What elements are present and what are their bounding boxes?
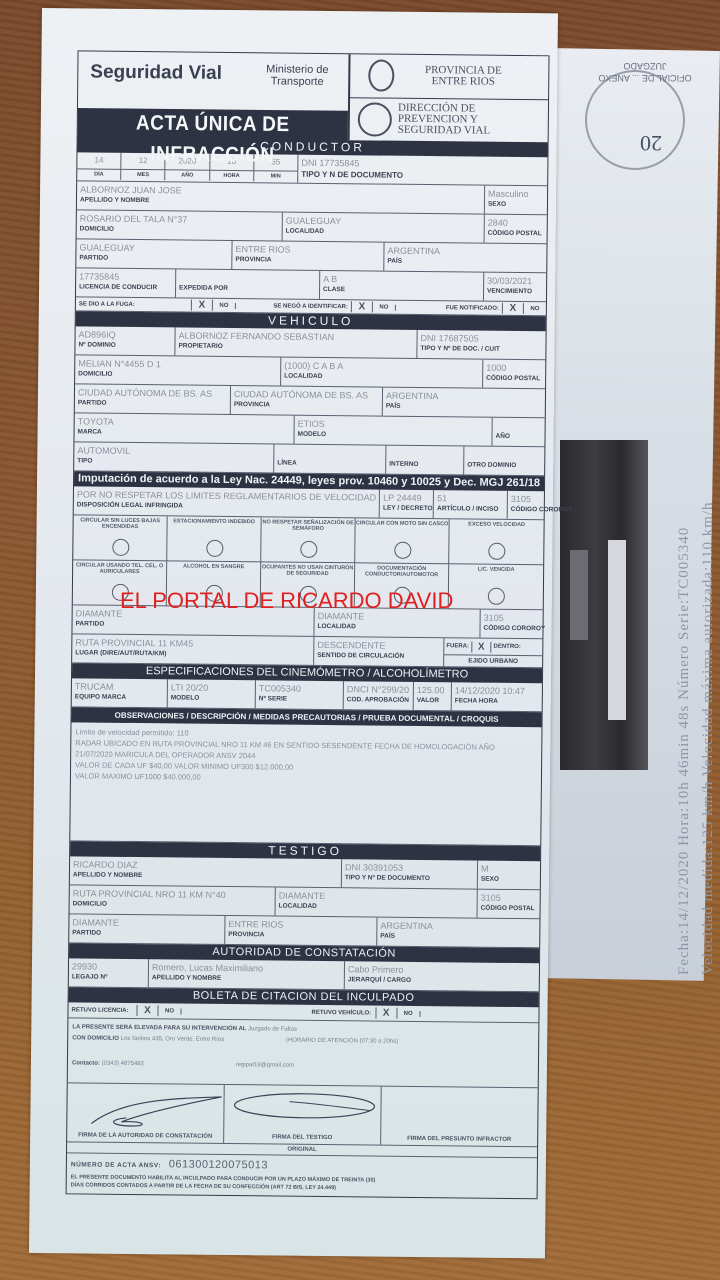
- court-name: Juzgado de Faltas: [248, 1026, 297, 1033]
- conductor-class-field: A B CLASE: [320, 271, 484, 301]
- infraction-option[interactable]: LIC. VENCIDA: [449, 564, 543, 610]
- witness-name-field: RICARDO DIAZ APELLIDO Y NOMBRE: [70, 856, 342, 887]
- witness-sex-field: M SEXO: [478, 861, 540, 890]
- infraction-option[interactable]: EXCESO VELOCIDAD: [449, 519, 543, 565]
- seguridad-vial-logo: Seguridad Vial Ministerio de Transporte …: [78, 51, 351, 140]
- fuga-checkbox[interactable]: X: [191, 300, 213, 311]
- device-model-field: LTI 20/20 MODELO: [168, 679, 256, 708]
- conductor-expedida-field: EXPEDIDA POR: [176, 269, 320, 299]
- conductor-expiry-field: 30/03/2021 VENCIMIENTO: [484, 273, 546, 302]
- radar-capture-line-2: Velocidad medida:125 km/h Velocidad máxi…: [700, 501, 717, 975]
- conductor-locality-field: GUALEGUAY LOCALIDAD: [283, 213, 485, 243]
- conductor-document-field: DNI 17735845 TIPO Y N DE DOCUMENTO: [298, 155, 547, 186]
- conductor-partido-field: GUALEGUAY PARTIDO: [76, 239, 232, 269]
- signatures-row: FIRMA DE LA AUTORIDAD DE CONSTATACIÓN FI…: [67, 1083, 538, 1147]
- place-location-field: RUTA PROVINCIAL 11 KM45 LUGAR (DIRE/AUT/…: [72, 634, 314, 665]
- radio-circle-icon[interactable]: [488, 543, 505, 560]
- device-serial-field: TC005340 Nº SERIE: [256, 680, 344, 709]
- notificado-checkbox[interactable]: X: [502, 303, 524, 314]
- vehicle-country-field: ARGENTINA PAÍS: [383, 388, 545, 418]
- witness-province-field: ENTRE RIOS PROVINCIA: [225, 916, 377, 946]
- province-crest-icon: [368, 60, 394, 92]
- officer-rank-field: Cabo Primero JERARQUÍ / CARGO: [345, 961, 539, 991]
- date-month-label: MES: [121, 169, 165, 180]
- stamp-number: 20: [640, 130, 662, 156]
- observations-text: Limite de velocidad permitido: 110 RADAR…: [70, 722, 541, 846]
- measurement-datetime-field: 14/12/2020 10:47 FECHA HORA: [452, 682, 542, 711]
- fuga-check: SE DIO A LA FUGA: X NO: [76, 297, 236, 312]
- place-code-field: 3105 CÓDIGO Cororoy: [480, 610, 542, 639]
- infraction-code-field: 3105 CÓDIGO Cororoy: [508, 491, 544, 519]
- vehicle-line-field: LÍNEA: [274, 444, 386, 473]
- vehicle-other-plate-field: OTRO DOMINIO: [464, 446, 544, 475]
- brand-name: Seguridad Vial: [90, 62, 222, 85]
- citation-details: LA PRESENTE SERÁ ELEVADA PARA SU INTERVE…: [68, 1018, 539, 1088]
- infraction-form-paper: Seguridad Vial Ministerio de Transporte …: [29, 8, 558, 1258]
- ejido-urbano-field: FUERA: X DENTRO: EJIDO URBANO: [444, 638, 542, 667]
- date-year-label: AÑO: [166, 169, 210, 180]
- witness-address-field: RUTA PROVINCIAL NRO 11 KM N°40 DOMICILIO: [70, 885, 276, 915]
- fuera-checkbox[interactable]: X: [471, 641, 492, 652]
- province-header: PROVINCIA DE ENTRE RIOS DIRECCIÓN DE PRE…: [350, 54, 549, 142]
- ministry-name: Ministerio de Transporte: [262, 63, 332, 88]
- vehicle-window: [608, 540, 626, 720]
- footer-note: EL PRESENTE DOCUMENTO HABILITA AL INCULP…: [67, 1173, 537, 1198]
- witness-postal-field: 3105 CÓDIGO POSTAL: [477, 890, 539, 919]
- officer-file-number-field: 29930 LEGAJO Nº: [69, 958, 149, 987]
- contact-phone: (0343) 4875482: [102, 1061, 144, 1067]
- court-address: Los Seibos 435, Oro Verde, Entre Ríos: [121, 1036, 225, 1043]
- stamp-text: OFICIAL DE ... ANEXO JUZGADO: [590, 60, 700, 84]
- notificado-check: FUE NOTIFICADO: X NO: [396, 301, 546, 316]
- witness-country-field: ARGENTINA PAÍS: [377, 918, 539, 948]
- acta-form: Seguridad Vial Ministerio de Transporte …: [66, 50, 550, 1199]
- province-name: PROVINCIA DE ENTRE RIOS: [408, 65, 518, 88]
- vehicle-address-field: MELIAN N°4455 D 1 DOMICILIO: [75, 355, 281, 385]
- radio-circle-icon[interactable]: [112, 539, 129, 556]
- contact-email: regipat18@gmail.com: [236, 1062, 295, 1069]
- device-brand-field: TRUCAM EQUIPO MARCA: [72, 678, 168, 707]
- conductor-postal-field: 2840 CÓDIGO POSTAL: [485, 215, 547, 244]
- date-day-label: DÍA: [77, 168, 121, 179]
- device-approval-field: DNCI N°299/2013 COD. APROBACIÓN: [344, 681, 414, 710]
- vehicle-postal-field: 1000 CÓDIGO POSTAL: [483, 360, 545, 389]
- direction-name: DIRECCIÓN DE PREVENCION Y SEGURIDAD VIAL: [398, 103, 518, 137]
- retuvo-licencia-checkbox[interactable]: X: [136, 1005, 158, 1016]
- identificar-check: SE NEGÓ A IDENTIFICAR: X NO: [236, 299, 396, 314]
- date-minute-label: MIN: [254, 170, 297, 181]
- conductor-sex-field: Masculino SEXO: [485, 186, 547, 215]
- witness-signature-box: FIRMA DEL TESTIGO: [224, 1085, 382, 1145]
- law-field: LP 24449 LEY / DECRETO: [380, 490, 434, 519]
- vehicle-locality-field: (1000) C A B A LOCALIDAD: [281, 358, 483, 388]
- vehicle-radar-photo: [560, 440, 648, 770]
- witness-partido-field: DIAMANTE PARTIDO: [69, 914, 225, 944]
- retuvo-vehiculo-checkbox[interactable]: X: [375, 1008, 397, 1019]
- infraction-option[interactable]: CIRCULAR CON MOTO SIN CASCO: [355, 518, 449, 564]
- conductor-name-field: ALBORNOZ JUAN JOSE APELLIDO Y NOMBRE: [77, 181, 485, 213]
- retuvo-licencia-check: RETUVO LICENCIA: X NO: [68, 1002, 308, 1020]
- conductor-province-field: ENTRE RIOS PROVINCIA: [232, 241, 384, 271]
- witness-doc-field: DNI 30391053 TIPO Y Nº DE DOCUMENTO: [342, 859, 478, 888]
- date-hour-label: HORA: [210, 170, 254, 181]
- conductor-license-field: 17735845 LICENCIA DE CONDUCIR: [76, 268, 176, 297]
- witness-locality-field: DIAMANTE LOCALIDAD: [276, 887, 478, 917]
- conductor-country-field: ARGENTINA PAÍS: [384, 243, 546, 273]
- form-header: Seguridad Vial Ministerio de Transporte …: [78, 51, 549, 142]
- radio-circle-icon[interactable]: [206, 540, 223, 557]
- vehicle-owner-doc-field: DNI 17687505 TIPO Y Nº DE DOC. / CUIT: [417, 330, 545, 359]
- radio-circle-icon[interactable]: [488, 588, 505, 605]
- direction-seal-icon: [358, 102, 392, 136]
- watermark-text: EL PORTAL DE RICARDO DAVID: [120, 588, 453, 614]
- measured-value-field: 125.00 VALOR: [414, 682, 452, 710]
- acta-number-value: 061300120075013: [169, 1158, 268, 1171]
- conductor-address-field: ROSARIO DEL TALA N°37 DOMICILIO: [77, 210, 283, 240]
- vehicle-partido-field: CIUDAD AUTÓNOMA DE BS. AS PARTIDO: [75, 384, 231, 414]
- offender-signature-box: FIRMA DEL PRESUNTO INFRACTOR: [381, 1087, 538, 1147]
- vehicle-owner-field: ALBORNOZ FERNANDO SEBASTIAN PROPIETARIO: [175, 327, 417, 358]
- vehicle-internal-field: INTERNO: [386, 446, 464, 475]
- infraction-option[interactable]: CIRCULAR SIN LUCES BAJAS ENCENDIDAS: [73, 515, 167, 561]
- official-stamp: [585, 70, 685, 170]
- date-day: 14: [77, 152, 121, 168]
- officer-signature-icon: [81, 1089, 231, 1131]
- form-title: ACTA ÚNICA DE INFRACCIÓN: [78, 108, 348, 142]
- vehicle-type-field: AUTOMOVIL TIPO: [74, 442, 274, 472]
- traffic-direction-field: DESCENDENTE SENTIDO DE CIRCULACIÓN: [314, 637, 444, 666]
- officer-name-field: Romero, Lucas Maximiliano APELLIDO Y NOM…: [149, 959, 345, 989]
- vehicle-model-field: ETIOS MODELO: [294, 416, 492, 446]
- radio-circle-icon[interactable]: [394, 542, 411, 559]
- radio-circle-icon[interactable]: [300, 541, 317, 558]
- vehicle-year-field: AÑO: [492, 418, 544, 447]
- radar-capture-line-1: Fecha:14/12/2020 Hora:10h 46min 48s Núme…: [676, 527, 693, 975]
- vehicle-brand-field: TOYOTA MARCA: [74, 413, 294, 443]
- retuvo-vehiculo-check: RETUVO VEHÍCULO: X NO: [308, 1005, 538, 1022]
- vehicle-province-field: CIUDAD AUTÓNOMA DE BS. AS PROVINCIA: [231, 386, 383, 416]
- officer-signature-box: FIRMA DE LA AUTORIDAD DE CONSTATACIÓN: [67, 1083, 225, 1143]
- legal-provision-field: POR NO RESPETAR LOS LIMITES REGLAMENTARI…: [74, 486, 381, 517]
- infraction-option[interactable]: NO RESPETAR SEÑALIZACIÓN DE SEMÁFORO: [261, 517, 355, 563]
- vehicle-plate-field: AD896IQ Nº DOMINIO: [75, 326, 175, 355]
- witness-signature-icon: [229, 1089, 379, 1131]
- office-hours: (HORARIO DE ATENCIÓN (07:30 a 20hs): [286, 1038, 398, 1045]
- infraction-option[interactable]: ESTACIONAMIENTO INDEBIDO: [167, 516, 261, 562]
- identificar-checkbox[interactable]: X: [351, 301, 373, 312]
- vehicle-plate: [570, 550, 588, 640]
- article-field: 51 ARTÍCULO / INCISO: [434, 490, 508, 519]
